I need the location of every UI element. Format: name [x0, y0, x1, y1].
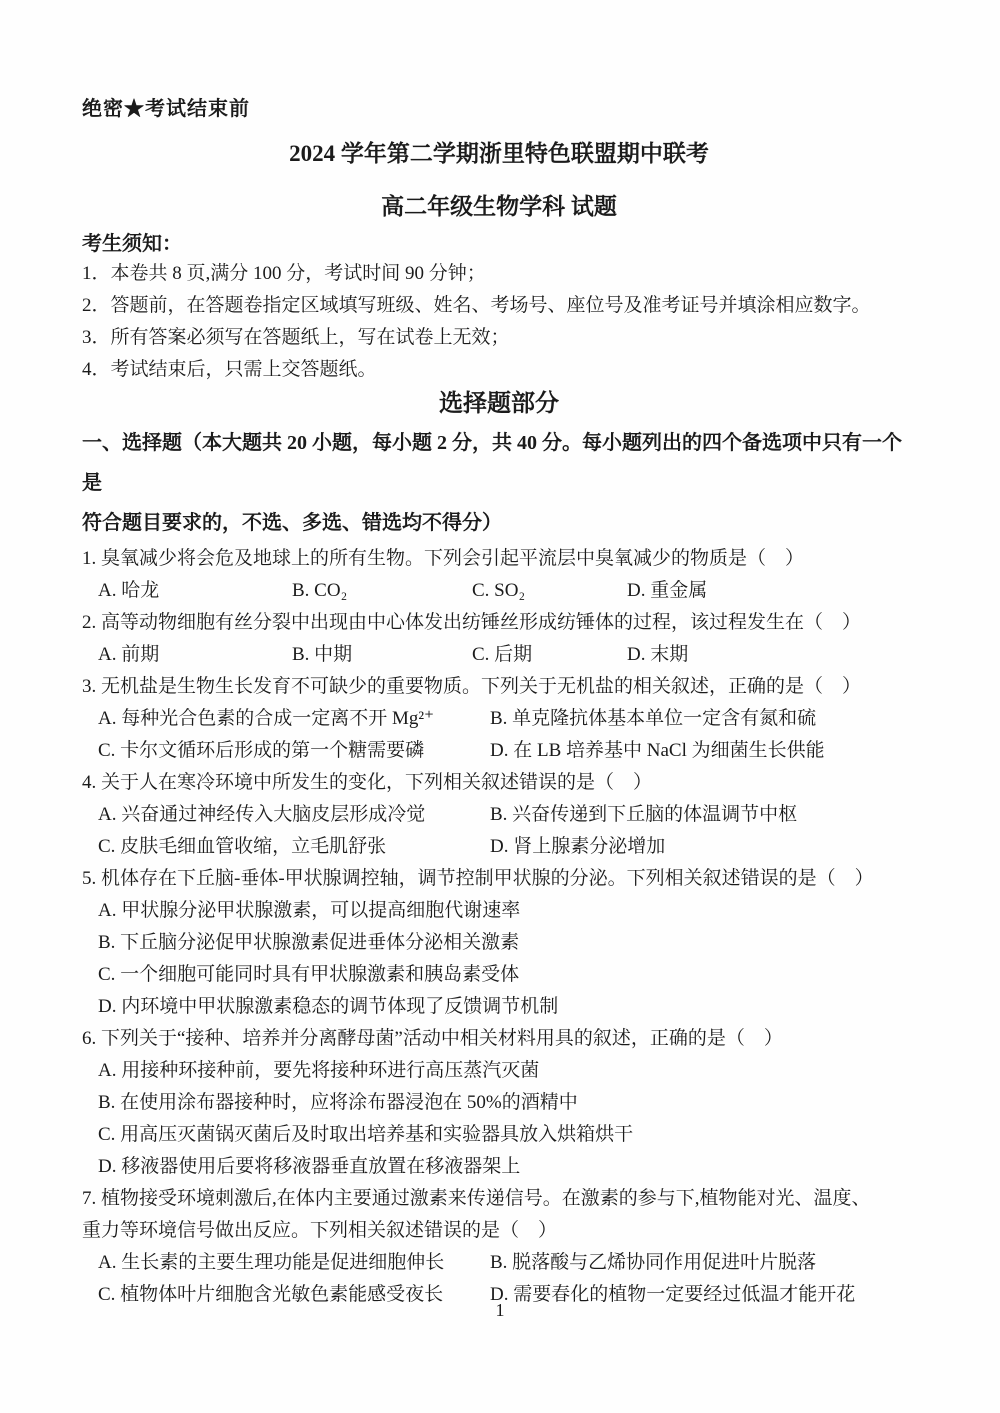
- question-options: A. 兴奋通过神经传入大脑皮层形成冷觉B. 兴奋传递到下丘脑的体温调节中枢C. …: [82, 799, 916, 863]
- question-stem-line: 1. 臭氧减少将会危及地球上的所有生物。下列会引起平流层中臭氧减少的物质是（ ）: [82, 543, 916, 575]
- notice-item: 4．考试结束后，只需上交答题纸。: [82, 354, 916, 386]
- question-options: A. 用接种环接种前，要先将接种环进行高压蒸汽灭菌B. 在使用涂布器接种时，应将…: [82, 1055, 916, 1183]
- question-option: B. 在使用涂布器接种时，应将涂布器浸泡在 50%的酒精中: [98, 1087, 916, 1119]
- question-option: A. 哈龙: [98, 575, 292, 607]
- question-1: 1. 臭氧减少将会危及地球上的所有生物。下列会引起平流层中臭氧减少的物质是（ ）…: [82, 543, 916, 607]
- question-stem-line: 重力等环境信号做出反应。下列相关叙述错误的是（ ）: [82, 1215, 916, 1247]
- question-stem-line: 4. 关于人在寒冷环境中所发生的变化，下列相关叙述错误的是（ ）: [82, 767, 916, 799]
- question-option: A. 前期: [98, 639, 292, 671]
- notice-heading: 考生须知：: [82, 230, 916, 258]
- question-options: A. 前期B. 中期C. 后期D. 末期: [82, 639, 916, 671]
- exam-title: 2024 学年第二学期浙里特色联盟期中联考: [82, 138, 916, 170]
- question-option: C. 用高压灭菌锅灭菌后及时取出培养基和实验器具放入烘箱烘干: [98, 1119, 916, 1151]
- question-stem-line: 3. 无机盐是生物生长发育不可缺少的重要物质。下列关于无机盐的相关叙述，正确的是…: [82, 671, 916, 703]
- question-option: C. 后期: [472, 639, 627, 671]
- question-option: A. 用接种环接种前，要先将接种环进行高压蒸汽灭菌: [98, 1055, 916, 1087]
- question-6: 6. 下列关于“接种、培养并分离酵母菌”活动中相关材料用具的叙述，正确的是（ ）…: [82, 1023, 916, 1183]
- question-option: B. 脱落酸与乙烯协同作用促进叶片脱落: [490, 1247, 916, 1279]
- question-option: C. 皮肤毛细血管收缩，立毛肌舒张: [98, 831, 490, 863]
- question-7: 7. 植物接受环境刺激后,在体内主要通过激素来传递信号。在激素的参与下,植物能对…: [82, 1183, 916, 1311]
- question-option: C. 一个细胞可能同时具有甲状腺激素和胰岛素受体: [98, 959, 916, 991]
- notice-item: 3．所有答案必须写在答题纸上，写在试卷上无效；: [82, 322, 916, 354]
- exam-subtitle: 高二年级生物学科 试题: [82, 191, 916, 223]
- question-2: 2. 高等动物细胞有丝分裂中出现由中心体发出纺锤丝形成纺锤体的过程，该过程发生在…: [82, 607, 916, 671]
- question-option: B. CO₂: [292, 575, 472, 607]
- section-intro-line-2: 符合题目要求的，不选、多选、错选均不得分）: [82, 503, 916, 543]
- notice-item: 2．答题前，在答题卷指定区域填写班级、姓名、考场号、座位号及准考证号并填涂相应数…: [82, 290, 916, 322]
- question-option: B. 单克隆抗体基本单位一定含有氮和硫: [490, 703, 916, 735]
- question-stem-line: 5. 机体存在下丘脑-垂体-甲状腺调控轴，调节控制甲状腺的分泌。下列相关叙述错误…: [82, 863, 916, 895]
- question-option: A. 甲状腺分泌甲状腺激素，可以提高细胞代谢速率: [98, 895, 916, 927]
- question-option: A. 兴奋通过神经传入大脑皮层形成冷觉: [98, 799, 490, 831]
- section-title: 选择题部分: [82, 389, 916, 419]
- section-intro: 一、选择题（本大题共 20 小题，每小题 2 分，共 40 分。每小题列出的四个…: [82, 423, 916, 543]
- question-options: A. 甲状腺分泌甲状腺激素，可以提高细胞代谢速率B. 下丘脑分泌促甲状腺激素促进…: [82, 895, 916, 1023]
- secrecy-label: 绝密★考试结束前: [82, 96, 916, 122]
- section-intro-line-1: 一、选择题（本大题共 20 小题，每小题 2 分，共 40 分。每小题列出的四个…: [82, 423, 916, 503]
- question-4: 4. 关于人在寒冷环境中所发生的变化，下列相关叙述错误的是（ ）A. 兴奋通过神…: [82, 767, 916, 863]
- question-option: D. 内环境中甲状腺激素稳态的调节体现了反馈调节机制: [98, 991, 916, 1023]
- question-option: C. SO₂: [472, 575, 627, 607]
- question-3: 3. 无机盐是生物生长发育不可缺少的重要物质。下列关于无机盐的相关叙述，正确的是…: [82, 671, 916, 767]
- question-stem-line: 2. 高等动物细胞有丝分裂中出现由中心体发出纺锤丝形成纺锤体的过程，该过程发生在…: [82, 607, 916, 639]
- question-option: D. 末期: [627, 639, 916, 671]
- notice-list: 1．本卷共 8 页,满分 100 分，考试时间 90 分钟；2．答题前，在答题卷…: [82, 258, 916, 386]
- page-number: 1: [0, 1300, 1000, 1321]
- question-option: B. 兴奋传递到下丘脑的体温调节中枢: [490, 799, 916, 831]
- question-option: A. 每种光合色素的合成一定离不开 Mg²⁺: [98, 703, 490, 735]
- exam-page: 绝密★考试结束前 2024 学年第二学期浙里特色联盟期中联考 高二年级生物学科 …: [0, 0, 1000, 1413]
- questions: 1. 臭氧减少将会危及地球上的所有生物。下列会引起平流层中臭氧减少的物质是（ ）…: [82, 543, 916, 1311]
- question-option: A. 生长素的主要生理功能是促进细胞伸长: [98, 1247, 490, 1279]
- question-option: C. 卡尔文循环后形成的第一个糖需要磷: [98, 735, 490, 767]
- question-option: B. 中期: [292, 639, 472, 671]
- question-option: D. 重金属: [627, 575, 916, 607]
- question-option: D. 肾上腺素分泌增加: [490, 831, 916, 863]
- question-options: A. 每种光合色素的合成一定离不开 Mg²⁺B. 单克隆抗体基本单位一定含有氮和…: [82, 703, 916, 767]
- question-stem-line: 7. 植物接受环境刺激后,在体内主要通过激素来传递信号。在激素的参与下,植物能对…: [82, 1183, 916, 1215]
- question-option: B. 下丘脑分泌促甲状腺激素促进垂体分泌相关激素: [98, 927, 916, 959]
- question-option: D. 在 LB 培养基中 NaCl 为细菌生长供能: [490, 735, 916, 767]
- question-options: A. 哈龙B. CO₂C. SO₂D. 重金属: [82, 575, 916, 607]
- question-option: D. 移液器使用后要将移液器垂直放置在移液器架上: [98, 1151, 916, 1183]
- question-stem-line: 6. 下列关于“接种、培养并分离酵母菌”活动中相关材料用具的叙述，正确的是（ ）: [82, 1023, 916, 1055]
- notice-item: 1．本卷共 8 页,满分 100 分，考试时间 90 分钟；: [82, 258, 916, 290]
- question-5: 5. 机体存在下丘脑-垂体-甲状腺调控轴，调节控制甲状腺的分泌。下列相关叙述错误…: [82, 863, 916, 1023]
